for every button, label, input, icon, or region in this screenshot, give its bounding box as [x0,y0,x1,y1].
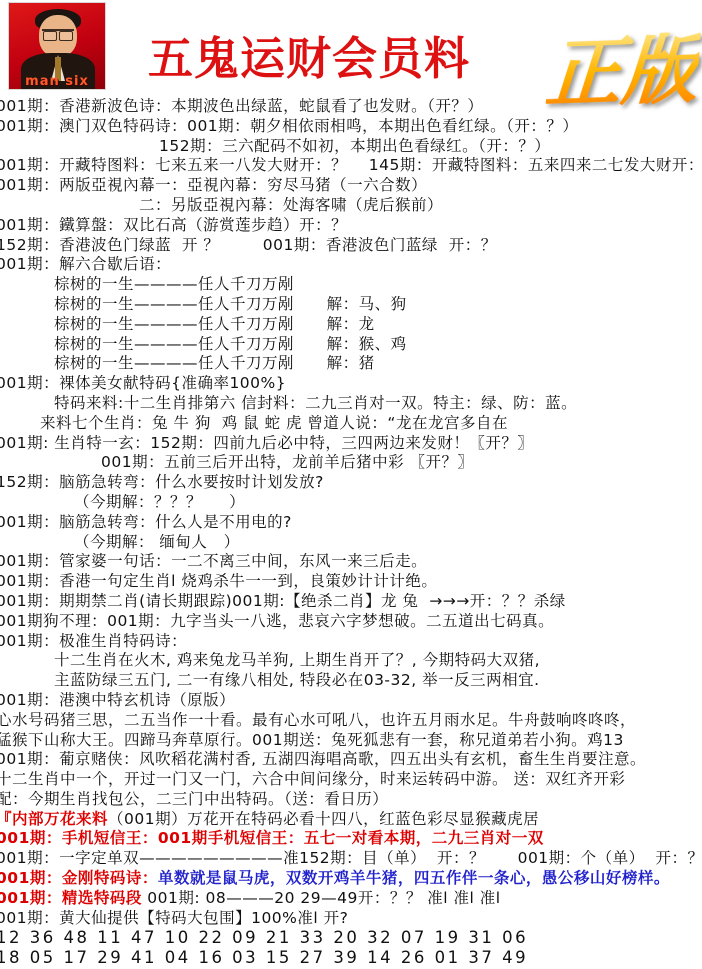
text-segment: （今期解： 缅甸人 ） [74,533,240,551]
content-lines: 001期：香港新波色诗：本期波色出绿蓝，蛇鼠看了也发财。（开？）001期：澳门双… [0,97,702,968]
text-line: 001期：香港新波色诗：本期波色出绿蓝，蛇鼠看了也发财。（开？） [0,97,702,117]
text-segment: 001期：香港新波色诗：本期波色出绿蓝，蛇鼠看了也发财。（开？） [0,97,483,115]
text-line: 152期：三六配码不如初，本期出色看绿红。（开：？） [0,137,702,157]
text-segment: 001期: 生肖特一玄：152期：四前九后必中特，三四两边来发财！〖开？〗 [0,434,533,452]
text-segment: 152期：三六配码不如初，本期出色看绿红。（开：？） [159,137,550,155]
text-line: 001期：香港一句定生肖l 烧鸡杀牛一一到，良策妙计计计绝。 [0,572,702,592]
text-line: 001期：两版亞視內幕一：亞視內幕：穷尽马猪（一六合数） [0,176,702,196]
text-segment: 棕树的一生————任人千刀万剐 解：猴、鸡 [54,335,407,353]
text-segment: 001期：解六合歇后语： [0,255,171,273]
text-line: 001期：澳门双色特码诗：001期：朝夕相依雨相鸣，本期出色看红绿。（开：？） [0,117,702,137]
text-line: 001期: 生肖特一玄：152期：四前九后必中特，三四两边来发财！〖开？〗 [0,434,702,454]
text-line: （今期解：？？？ ） [0,493,702,513]
text-line: 棕树的一生————任人千刀万剐 解：猪 [0,354,702,374]
text-segment: 152期：脑筋急转弯：什么水要按时计划发放? [0,473,324,491]
text-line: 主蓝防绿三五门, 二一有缘八相处, 特段必在03-32, 举一反三两相宜. [0,671,702,691]
text-line: 心水号码猪三思，二五当作一十看。最有心水可吼八，也许五月雨水足。牛舟鼓响咚咚咚， [0,711,702,731]
text-segment: 001期：港澳中特玄机诗（原版） [0,691,235,709]
text-line: 001期：鐵算盤：双比石高（游赏莲步趋）开：？ [0,216,702,236]
text-segment: 12 36 48 11 47 10 22 09 21 33 20 32 07 1… [0,928,528,947]
text-line: 152期：脑筋急转弯：什么水要按时计划发放? [0,473,702,493]
text-segment: 001期：黄大仙提供【特码大包围】100%准l 开? [0,909,348,927]
text-segment: 单数就是鼠马虎，双数开鸡羊牛猪，四五作伴一条心，愚公移山好榜样。 [158,869,670,887]
text-segment: 001期：金刚特码诗： [0,869,158,887]
portrait-photo: man six [8,2,106,90]
text-segment: 001期: 08———20 29—49开：？？ 准l 准l 准l [142,889,501,907]
number-row: 12 36 48 11 47 10 22 09 21 33 20 32 07 1… [0,928,702,948]
text-line: 棕树的一生————任人千刀万剐 解：龙 [0,315,702,335]
text-segment: 『内部万花来料 [0,810,108,828]
text-segment: 001期：鐵算盤：双比石高（游赏莲步趋）开：？ [0,216,347,234]
text-line: 十二生肖中一个，开过一门又一门，六合中间问缘分，时来运转码中游。 送：双红齐开彩 [0,770,702,790]
text-segment: （001期）万花开在特码必看十四八，红蓝色彩尽显猴藏虎居 [108,810,539,828]
text-segment: 二：另版亞視內幕：处海客啸（虎后猴前） [139,196,443,214]
text-segment: 001期：葡京赌侠：风吹稻花满村香, 五湖四海唱高歌，四五出头有玄机，畜生生肖要… [0,750,646,768]
text-segment: 棕树的一生————任人千刀万剐 解：猪 [54,354,375,372]
text-line: 001期：脑筋急转弯：什么人是不用电的? [0,513,702,533]
text-segment: 001期：五前三后开出特，龙前羊后猪中彩 〖开？〗 [101,453,474,471]
text-line: 来料七个生肖：兔 牛 狗 鸡 鼠 蛇 虎 曾道人说：“龙在龙宫多自在 [0,414,702,434]
text-segment: 来料七个生肖：兔 牛 狗 鸡 鼠 蛇 虎 曾道人说：“龙在龙宫多自在 [40,414,508,432]
text-line: （今期解： 缅甸人 ） [0,533,702,553]
text-segment: 001期：精选特码段 [0,889,142,907]
text-segment: 001期：开藏特图料：七来五来一八发大财开：？ 145期：开藏特图料：五来四来二… [0,156,702,174]
text-line: 001期：裸体美女献特码{准确率100%} [0,374,702,394]
text-segment: 001期：香港一句定生肖l 烧鸡杀牛一一到，良策妙计计计绝。 [0,572,437,590]
text-line: 001期：金刚特码诗：单数就是鼠马虎，双数开鸡羊牛猪，四五作伴一条心，愚公移山好… [0,869,702,889]
text-line: 001期：五前三后开出特，龙前羊后猪中彩 〖开？〗 [0,453,702,473]
text-segment: 特码来料:十二生肖排第六 信封料：二九三肖对一双。特主：绿、防：蓝。 [54,394,577,412]
text-segment: 配：今期生肖找包公，二三门中出特码。（送：看日历） [0,790,388,808]
text-line: 特码来料:十二生肖排第六 信封料：二九三肖对一双。特主：绿、防：蓝。 [0,394,702,414]
text-line: 001期：手机短信王：001期手机短信王：五七一对看本期，二九三肖对一双 [0,829,702,849]
text-line: 001期：极准生肖特码诗： [0,632,702,652]
text-segment: 棕树的一生————任人千刀万剐 解：龙 [54,315,375,333]
text-line: 『内部万花来料（001期）万花开在特码必看十四八，红蓝色彩尽显猴藏虎居 [0,810,702,830]
text-segment: 001期：期期禁二肖(请长期跟踪)001期:【绝杀二肖】龙 兔 →→→开：？？杀… [0,592,566,610]
text-line: 棕树的一生————任人千刀万剐 解：马、狗 [0,295,702,315]
text-segment: 152期：香港波色门绿蓝 开 ？ 001期：香港波色门蓝绿 开：？ [0,236,497,254]
text-line: 001期：黄大仙提供【特码大包围】100%准l 开? [0,909,702,929]
text-segment: 猛猴下山称大王。四蹄马奔草原行。001期送：兔死狐悲有一套，称兄道弟若小狗。鸡1… [0,731,624,749]
flyer-page: { "header": { "title": "五鬼运财会员料", "stamp… [0,0,702,969]
text-line: 二：另版亞視內幕：处海客啸（虎后猴前） [0,196,702,216]
page-title: 五鬼运财会员料 [148,22,528,87]
text-segment: 001期：一字定单双—————————准152期：目（单） 开：？ 001期：个… [0,849,702,867]
text-line: 001期：葡京赌侠：风吹稻花满村香, 五湖四海唱高歌，四五出头有玄机，畜生生肖要… [0,750,702,770]
text-line: 十二生肖在火木, 鸡来兔龙马羊狗, 上期生肖开了？, 今期特码大双猪, [0,651,702,671]
text-segment: 001期：澳门双色特码诗：001期：朝夕相依雨相鸣，本期出色看红绿。（开：？） [0,117,578,135]
glasses-icon [42,29,74,40]
text-segment: 心水号码猪三思，二五当作一十看。最有心水可吼八，也许五月雨水足。牛舟鼓响咚咚咚， [0,711,636,729]
text-segment: 001期：极准生肖特码诗： [0,632,187,650]
text-segment: 十二生肖在火木, 鸡来兔龙马羊狗, 上期生肖开了？, 今期特码大双猪, [54,651,540,669]
text-segment: 十二生肖中一个，开过一门又一门，六合中间问缘分，时来运转码中游。 送：双红齐开彩 [0,770,625,788]
text-line: 001期：开藏特图料：七来五来一八发大财开：？ 145期：开藏特图料：五来四来二… [0,156,702,176]
text-line: 001期：港澳中特玄机诗（原版） [0,691,702,711]
text-segment: （今期解：？？？ ） [74,493,245,511]
text-segment: 18 05 17 29 41 04 16 03 15 27 39 14 26 0… [0,948,528,967]
text-line: 001期：期期禁二肖(请长期跟踪)001期:【绝杀二肖】龙 兔 →→→开：？？杀… [0,592,702,612]
text-line: 001期：管家婆一句话：一二不离三中间，东风一来三后走。 [0,552,702,572]
text-segment: 主蓝防绿三五门, 二一有缘八相处, 特段必在03-32, 举一反三两相宜. [54,671,540,689]
text-line: 152期：香港波色门绿蓝 开 ？ 001期：香港波色门蓝绿 开：？ [0,236,702,256]
text-segment: 棕树的一生————任人千刀万剐 [54,275,294,293]
text-line: 001期狗不理：001期：九字当头一八逃，悲哀六字梦想破。二五道出七码真。 [0,612,702,632]
text-segment: 001期：管家婆一句话：一二不离三中间，东风一来三后走。 [0,552,427,570]
text-segment: 001期：两版亞視內幕一：亞視內幕：穷尽马猪（一六合数） [0,176,427,194]
text-line: 配：今期生肖找包公，二三门中出特码。（送：看日历） [0,790,702,810]
text-line: 001期：精选特码段 001期: 08———20 29—49开：？？ 准l 准l… [0,889,702,909]
text-line: 棕树的一生————任人千刀万剐 [0,275,702,295]
text-line: 猛猴下山称大王。四蹄马奔草原行。001期送：兔死狐悲有一套，称兄道弟若小狗。鸡1… [0,731,702,751]
text-segment: 001期狗不理：001期：九字当头一八逃，悲哀六字梦想破。二五道出七码真。 [0,612,554,630]
text-line: 001期：解六合歇后语： [0,255,702,275]
text-segment: 001期：手机短信王：001期手机短信王：五七一对看本期，二九三肖对一双 [0,829,544,847]
text-segment: 001期：脑筋急转弯：什么人是不用电的? [0,513,292,531]
text-line: 001期：一字定单双—————————准152期：目（单） 开：？ 001期：个… [0,849,702,869]
number-row: 18 05 17 29 41 04 16 03 15 27 39 14 26 0… [0,948,702,968]
text-line: 棕树的一生————任人千刀万剐 解：猴、鸡 [0,335,702,355]
photo-caption: man six [9,74,105,89]
text-segment: 001期：裸体美女献特码{准确率100%} [0,374,286,392]
text-segment: 棕树的一生————任人千刀万剐 解：马、狗 [54,295,407,313]
